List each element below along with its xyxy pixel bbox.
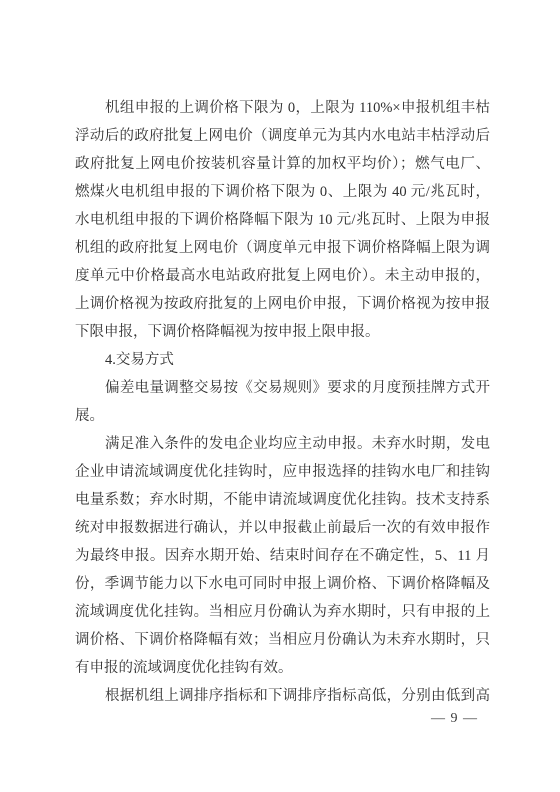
text-line: 度单元中价格最高水电站政府批复上网电价）。未主动申报的，: [75, 262, 490, 290]
text-line: 展。: [75, 402, 490, 430]
text-line: 机组申报的上调价格下限为 0，上限为 110%×申报机组丰枯: [75, 94, 490, 122]
text-line: 水电机组申报的下调价格降幅下限为 10 元/兆瓦时、上限为申报: [75, 206, 490, 234]
text-line: 机组的政府批复上网电价（调度单元申报下调价格降幅上限为调: [75, 234, 490, 262]
text-line: 为最终申报。因弃水期开始、结束时间存在不确定性，5、11 月: [75, 542, 490, 570]
body-text: 机组申报的上调价格下限为 0，上限为 110%×申报机组丰枯浮动后的政府批复上网…: [75, 94, 490, 710]
text-line: 偏差电量调整交易按《交易规则》要求的月度预挂牌方式开: [75, 374, 490, 402]
text-line: 企业申请流域调度优化挂钩时，应申报选择的挂钩水电厂和挂钩: [75, 458, 490, 486]
text-line: 浮动后的政府批复上网电价（调度单元为其内水电站丰枯浮动后: [75, 122, 490, 150]
text-line: 调价格、下调价格降幅有效；当相应月份确认为未弃水期时，只: [75, 626, 490, 654]
page-number: — 9 —: [431, 708, 478, 730]
text-line: 电量系数；弃水时期，不能申请流域调度优化挂钩。技术支持系: [75, 486, 490, 514]
text-line: 满足准入条件的发电企业均应主动申报。未弃水时期，发电: [75, 430, 490, 458]
text-line: 根据机组上调排序指标和下调排序指标高低，分别由低到高: [75, 682, 490, 710]
text-line: 上调价格视为按政府批复的上网电价申报，下调价格视为按申报: [75, 290, 490, 318]
text-line: 份，季调节能力以下水电可同时申报上调价格、下调价格降幅及: [75, 570, 490, 598]
text-line: 燃煤火电机组申报的下调价格下限为 0、上限为 40 元/兆瓦时，: [75, 178, 490, 206]
text-line: 有申报的流域调度优化挂钩有效。: [75, 654, 490, 682]
text-line: 统对申报数据进行确认，并以申报截止前最后一次的有效申报作: [75, 514, 490, 542]
text-line: 4.交易方式: [75, 346, 490, 374]
text-line: 政府批复上网电价按装机容量计算的加权平均价）；燃气电厂、: [75, 150, 490, 178]
document-page: 机组申报的上调价格下限为 0，上限为 110%×申报机组丰枯浮动后的政府批复上网…: [0, 0, 560, 792]
text-line: 流域调度优化挂钩。当相应月份确认为弃水期时，只有申报的上: [75, 598, 490, 626]
text-line: 下限申报，下调价格降幅视为按申报上限申报。: [75, 318, 490, 346]
